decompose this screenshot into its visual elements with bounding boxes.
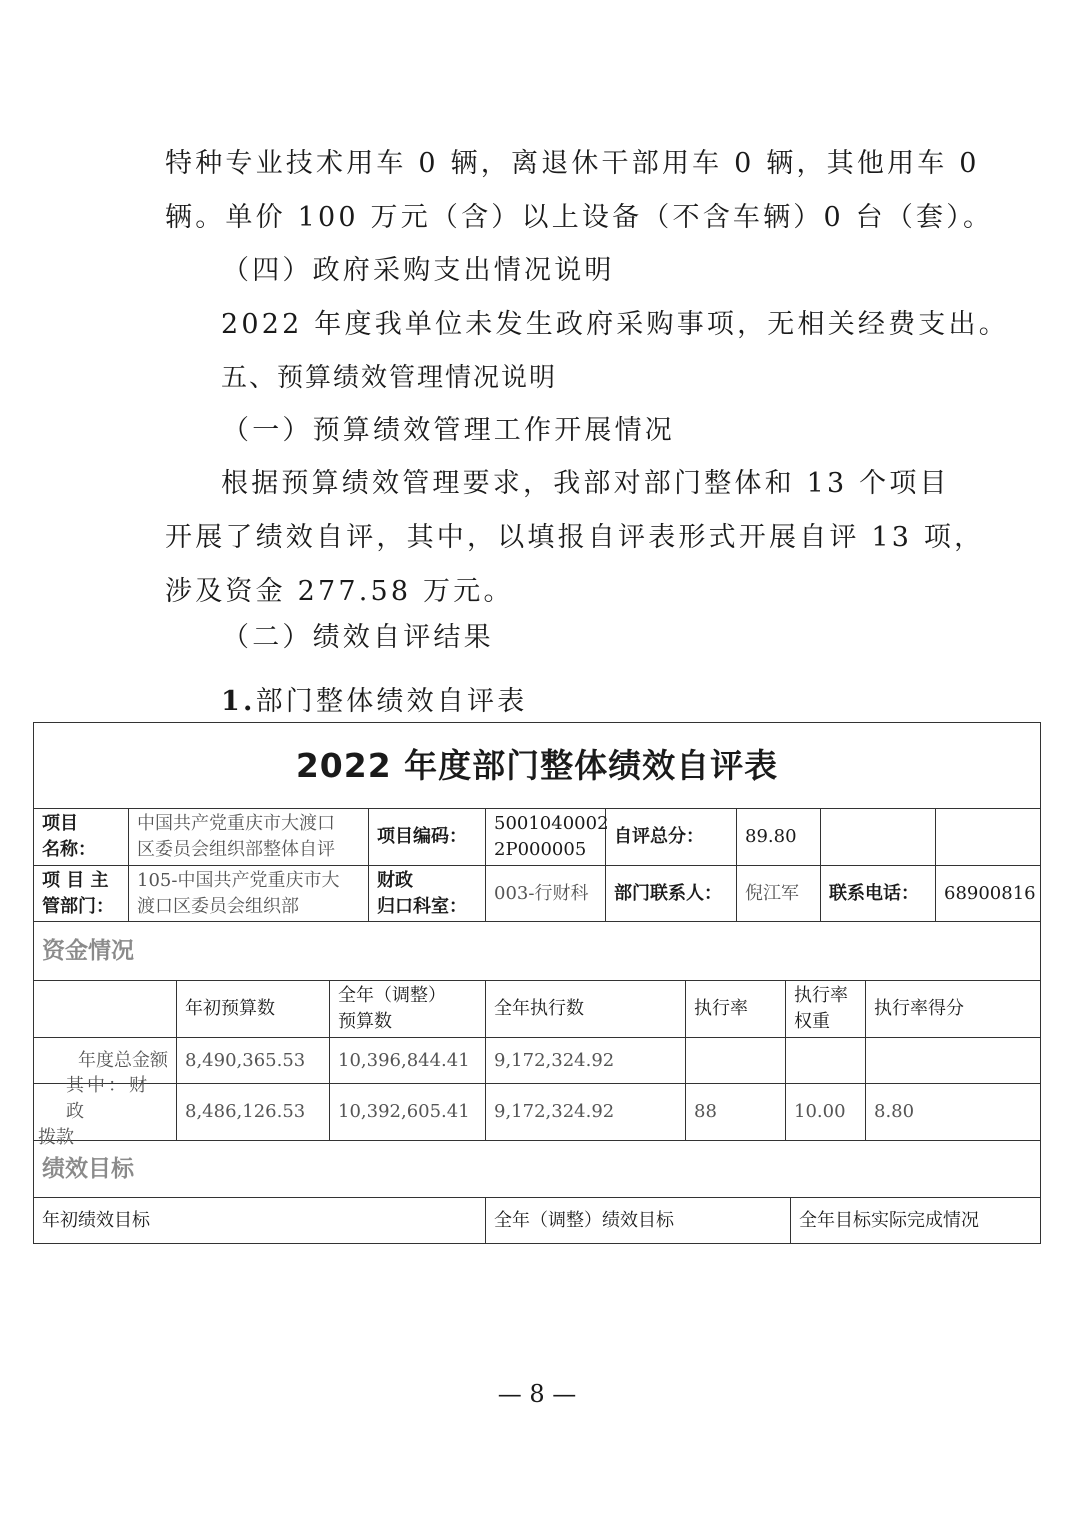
- table-title: 2022 年度部门整体绩效自评表: [34, 723, 1040, 809]
- subheading-1: （一）预算绩效管理工作开展情况: [222, 413, 982, 449]
- cell-exec-weight: 10.00: [786, 1084, 866, 1141]
- dept-label: 项 目 主 管部门：: [34, 866, 129, 922]
- label-line: 归口科室：: [377, 894, 467, 920]
- empty-header-cell: [34, 981, 177, 1038]
- value-line: 中国共产党重庆市大渡口: [137, 811, 335, 837]
- header-line: 预算数: [338, 1009, 392, 1035]
- subheading-gov-procurement: （四）政府采购支出情况说明: [222, 253, 982, 289]
- finance-office-label: 财政 归口科室：: [369, 866, 486, 922]
- empty-cell: [821, 809, 936, 866]
- table-caption: 1.部门整体绩效自评表: [221, 684, 981, 720]
- header-actual-completion: 全年目标实际完成情况: [791, 1198, 1040, 1243]
- table-caption-text: 部门整体绩效自评表: [256, 686, 528, 717]
- project-name-value: 中国共产党重庆市大渡口 区委员会组织部整体自评: [129, 809, 369, 866]
- project-name-label: 项目 名称：: [34, 809, 129, 866]
- header-initial-budget: 年初预算数: [177, 981, 330, 1038]
- value-line: 2P000005: [494, 837, 586, 863]
- page-number: — 8 —: [0, 1380, 1074, 1408]
- value-line: 105-中国共产党重庆市大: [137, 868, 339, 894]
- label-line: 项 目 主: [42, 868, 109, 894]
- header-adjusted-budget: 全年（调整） 预算数: [330, 981, 486, 1038]
- section-heading-5: 五、预算绩效管理情况说明: [221, 360, 981, 396]
- cell-adjusted-budget: 10,392,605.41: [330, 1084, 486, 1141]
- header-adjusted-goal: 全年（调整）绩效目标: [486, 1198, 791, 1243]
- label-line: 项目: [42, 811, 78, 837]
- header-exec-weight: 执行率 权重: [786, 981, 866, 1038]
- paragraph-line: 辆。单价 100 万元（含）以上设备（不含车辆）0 台（套）。: [165, 200, 925, 236]
- cell-exec-weight: [786, 1038, 866, 1084]
- contact-value: 倪江军: [737, 866, 821, 922]
- value-line: 5001040002: [494, 811, 609, 837]
- project-code-label: 项目编码：: [369, 809, 486, 866]
- empty-cell: [936, 809, 1040, 866]
- cell-initial-budget: 8,490,365.53: [177, 1038, 330, 1084]
- funding-section-label: 资金情况: [34, 922, 1040, 981]
- performance-self-evaluation-table: 2022 年度部门整体绩效自评表 项目 名称： 中国共产党重庆市大渡口 区委员会…: [33, 722, 1041, 1244]
- cell-initial-budget: 8,486,126.53: [177, 1084, 330, 1141]
- header-line: 权重: [794, 1009, 830, 1035]
- header-line: 全年（调整）: [338, 983, 446, 1009]
- paragraph-line: 特种专业技术用车 0 辆，离退休干部用车 0 辆，其他用车 0: [165, 146, 925, 182]
- project-code-value: 5001040002 2P000005: [486, 809, 606, 866]
- header-exec-score: 执行率得分: [866, 981, 1040, 1038]
- score-label: 自评总分：: [606, 809, 737, 866]
- phone-label: 联系电话：: [821, 866, 936, 922]
- label-line: 财政: [377, 868, 413, 894]
- phone-value: 68900816: [936, 866, 1040, 922]
- dept-value: 105-中国共产党重庆市大 渡口区委员会组织部: [129, 866, 369, 922]
- label-line: 管部门：: [42, 894, 114, 920]
- contact-label: 部门联系人：: [606, 866, 737, 922]
- paragraph-gov-procurement: 2022 年度我单位未发生政府采购事项，无相关经费支出。: [221, 307, 981, 343]
- header-exec-rate: 执行率: [686, 981, 786, 1038]
- finance-office-value: 003-行财科: [486, 866, 606, 922]
- value-line: 区委员会组织部整体自评: [137, 837, 335, 863]
- paragraph-line: 根据预算绩效管理要求，我部对部门整体和 13 个项目: [221, 466, 981, 502]
- row-label-fiscal: 其中：财政 拨款: [34, 1084, 177, 1141]
- cell-executed: 9,172,324.92: [486, 1084, 686, 1141]
- cell-exec-score: 8.80: [866, 1084, 1040, 1141]
- table-caption-number: 1.: [221, 686, 256, 717]
- header-line: 执行率: [794, 983, 848, 1009]
- subheading-2: （二）绩效自评结果: [222, 620, 982, 656]
- value-line: 渡口区委员会组织部: [137, 894, 299, 920]
- cell-executed: 9,172,324.92: [486, 1038, 686, 1084]
- label-line: 其中：财政: [38, 1073, 168, 1125]
- paragraph-line: 开展了绩效自评，其中，以填报自评表形式开展自评 13 项，: [165, 520, 925, 556]
- cell-adjusted-budget: 10,396,844.41: [330, 1038, 486, 1084]
- goals-section-label: 绩效目标: [34, 1141, 1040, 1198]
- label-line: 名称：: [42, 837, 96, 863]
- header-initial-goal: 年初绩效目标: [34, 1198, 486, 1243]
- cell-exec-score: [866, 1038, 1040, 1084]
- header-executed: 全年执行数: [486, 981, 686, 1038]
- cell-exec-rate: 88: [686, 1084, 786, 1141]
- score-value: 89.80: [737, 809, 821, 866]
- paragraph-line: 涉及资金 277.58 万元。: [165, 574, 925, 610]
- cell-exec-rate: [686, 1038, 786, 1084]
